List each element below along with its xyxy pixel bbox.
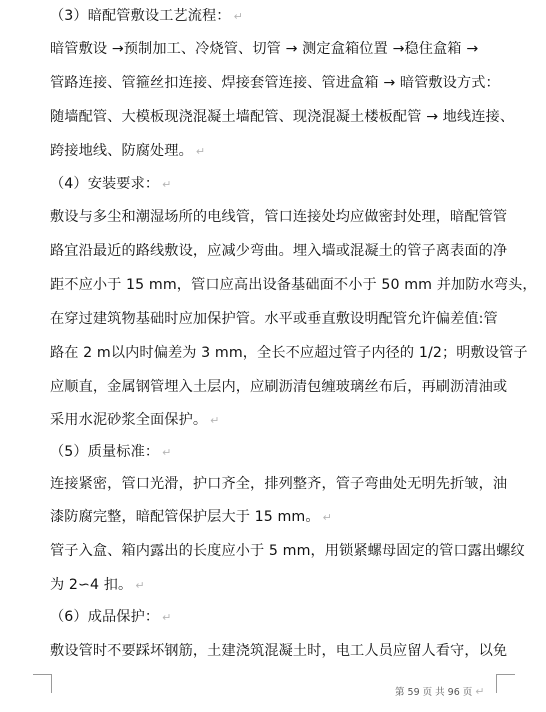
body-text: 采用水泥砂浆全面保护。 — [50, 412, 207, 428]
heading-6: （6）成品保护：↵ — [50, 608, 500, 627]
body-line: 敷设管时不要踩坏钢筋，土建浇筑混凝土时，电工人员应留人看守，以免 — [50, 642, 500, 660]
body-line: 暗管敷设 →预制加工、冷烧管、切管 → 测定盒箱位置 →稳住盒箱 → — [50, 40, 500, 58]
body-line: 在穿过建筑物基础时应加保护管。水平或垂直敷设明配管允许偏差值:管 — [50, 310, 500, 328]
body-line: 路在 2 m以内时偏差为 3 mm，全长不应超过管子内径的 1/2；明敷设管子 — [50, 344, 500, 362]
margin-corner-mark-left — [33, 674, 52, 693]
heading-4: （4）安装要求：↵ — [50, 175, 500, 194]
body-line: 采用水泥砂浆全面保护。↵ — [50, 411, 500, 430]
document-page: （3）暗配管敷设工艺流程：↵ 暗管敷设 →预制加工、冷烧管、切管 → 测定盒箱位… — [0, 0, 546, 712]
body-line: 为 2∽4 扣。↵ — [50, 576, 500, 595]
paragraph-mark-icon: ↵ — [162, 611, 171, 624]
body-line: 敷设与多尘和潮湿场所的电线管，管口连接处均应做密封处理，暗配管管 — [50, 208, 500, 226]
paragraph-mark-icon: ↵ — [323, 511, 332, 524]
heading-text: （3）暗配管敷设工艺流程： — [50, 8, 231, 24]
paragraph-mark-icon: ↵ — [135, 579, 144, 592]
body-line: 距不应小于 15 mm，管口应高出设备基础面不小于 50 mm 并加防水弯头， — [50, 276, 500, 294]
page-number-footer: 第 59 页 共 96 页↵ — [395, 684, 485, 698]
heading-text: （5）质量标准： — [50, 444, 159, 460]
heading-5: （5）质量标准：↵ — [50, 443, 500, 462]
body-text: 为 2∽4 扣。 — [50, 577, 132, 593]
body-line: 管子入盒、箱内露出的长度应小于 5 mm，用锁紧螺母固定的管口露出螺纹 — [50, 542, 500, 560]
body-line: 应顺直，金属钢管埋入土层内，应刷沥清包缠玻璃丝布后，再刷沥清油或 — [50, 378, 500, 396]
margin-corner-mark-right — [496, 674, 515, 693]
body-text: 跨接地线、防腐处理。 — [50, 143, 193, 159]
page-label: 第 59 页 共 96 页 — [395, 687, 472, 698]
body-line: 路宜沿最近的路线敷设，应减少弯曲。埋入墙或混凝土的管子离表面的净 — [50, 242, 500, 260]
heading-text: （6）成品保护： — [50, 609, 159, 625]
heading-text: （4）安装要求： — [50, 176, 159, 192]
body-text: 漆防腐完整，暗配管保护层大于 15 mm。 — [50, 509, 320, 525]
body-line: 随墙配管、大模板现浇混凝土墙配管、现浇混凝土楼板配管 → 地线连接、 — [50, 108, 500, 126]
heading-3: （3）暗配管敷设工艺流程：↵ — [50, 7, 500, 26]
paragraph-mark-icon: ↵ — [162, 446, 171, 459]
paragraph-mark-icon: ↵ — [475, 685, 484, 698]
body-line: 连接紧密，管口光滑，护口齐全，排列整齐，管子弯曲处无明先折皱，油 — [50, 475, 500, 493]
paragraph-mark-icon: ↵ — [210, 414, 219, 427]
paragraph-mark-icon: ↵ — [234, 10, 243, 23]
body-line: 跨接地线、防腐处理。↵ — [50, 142, 500, 161]
paragraph-mark-icon: ↵ — [196, 145, 205, 158]
body-line: 漆防腐完整，暗配管保护层大于 15 mm。↵ — [50, 508, 500, 527]
body-line: 管路连接、管箍丝扣连接、焊接套管连接、管进盒箱 → 暗管敷设方式： — [50, 74, 500, 92]
paragraph-mark-icon: ↵ — [162, 178, 171, 191]
